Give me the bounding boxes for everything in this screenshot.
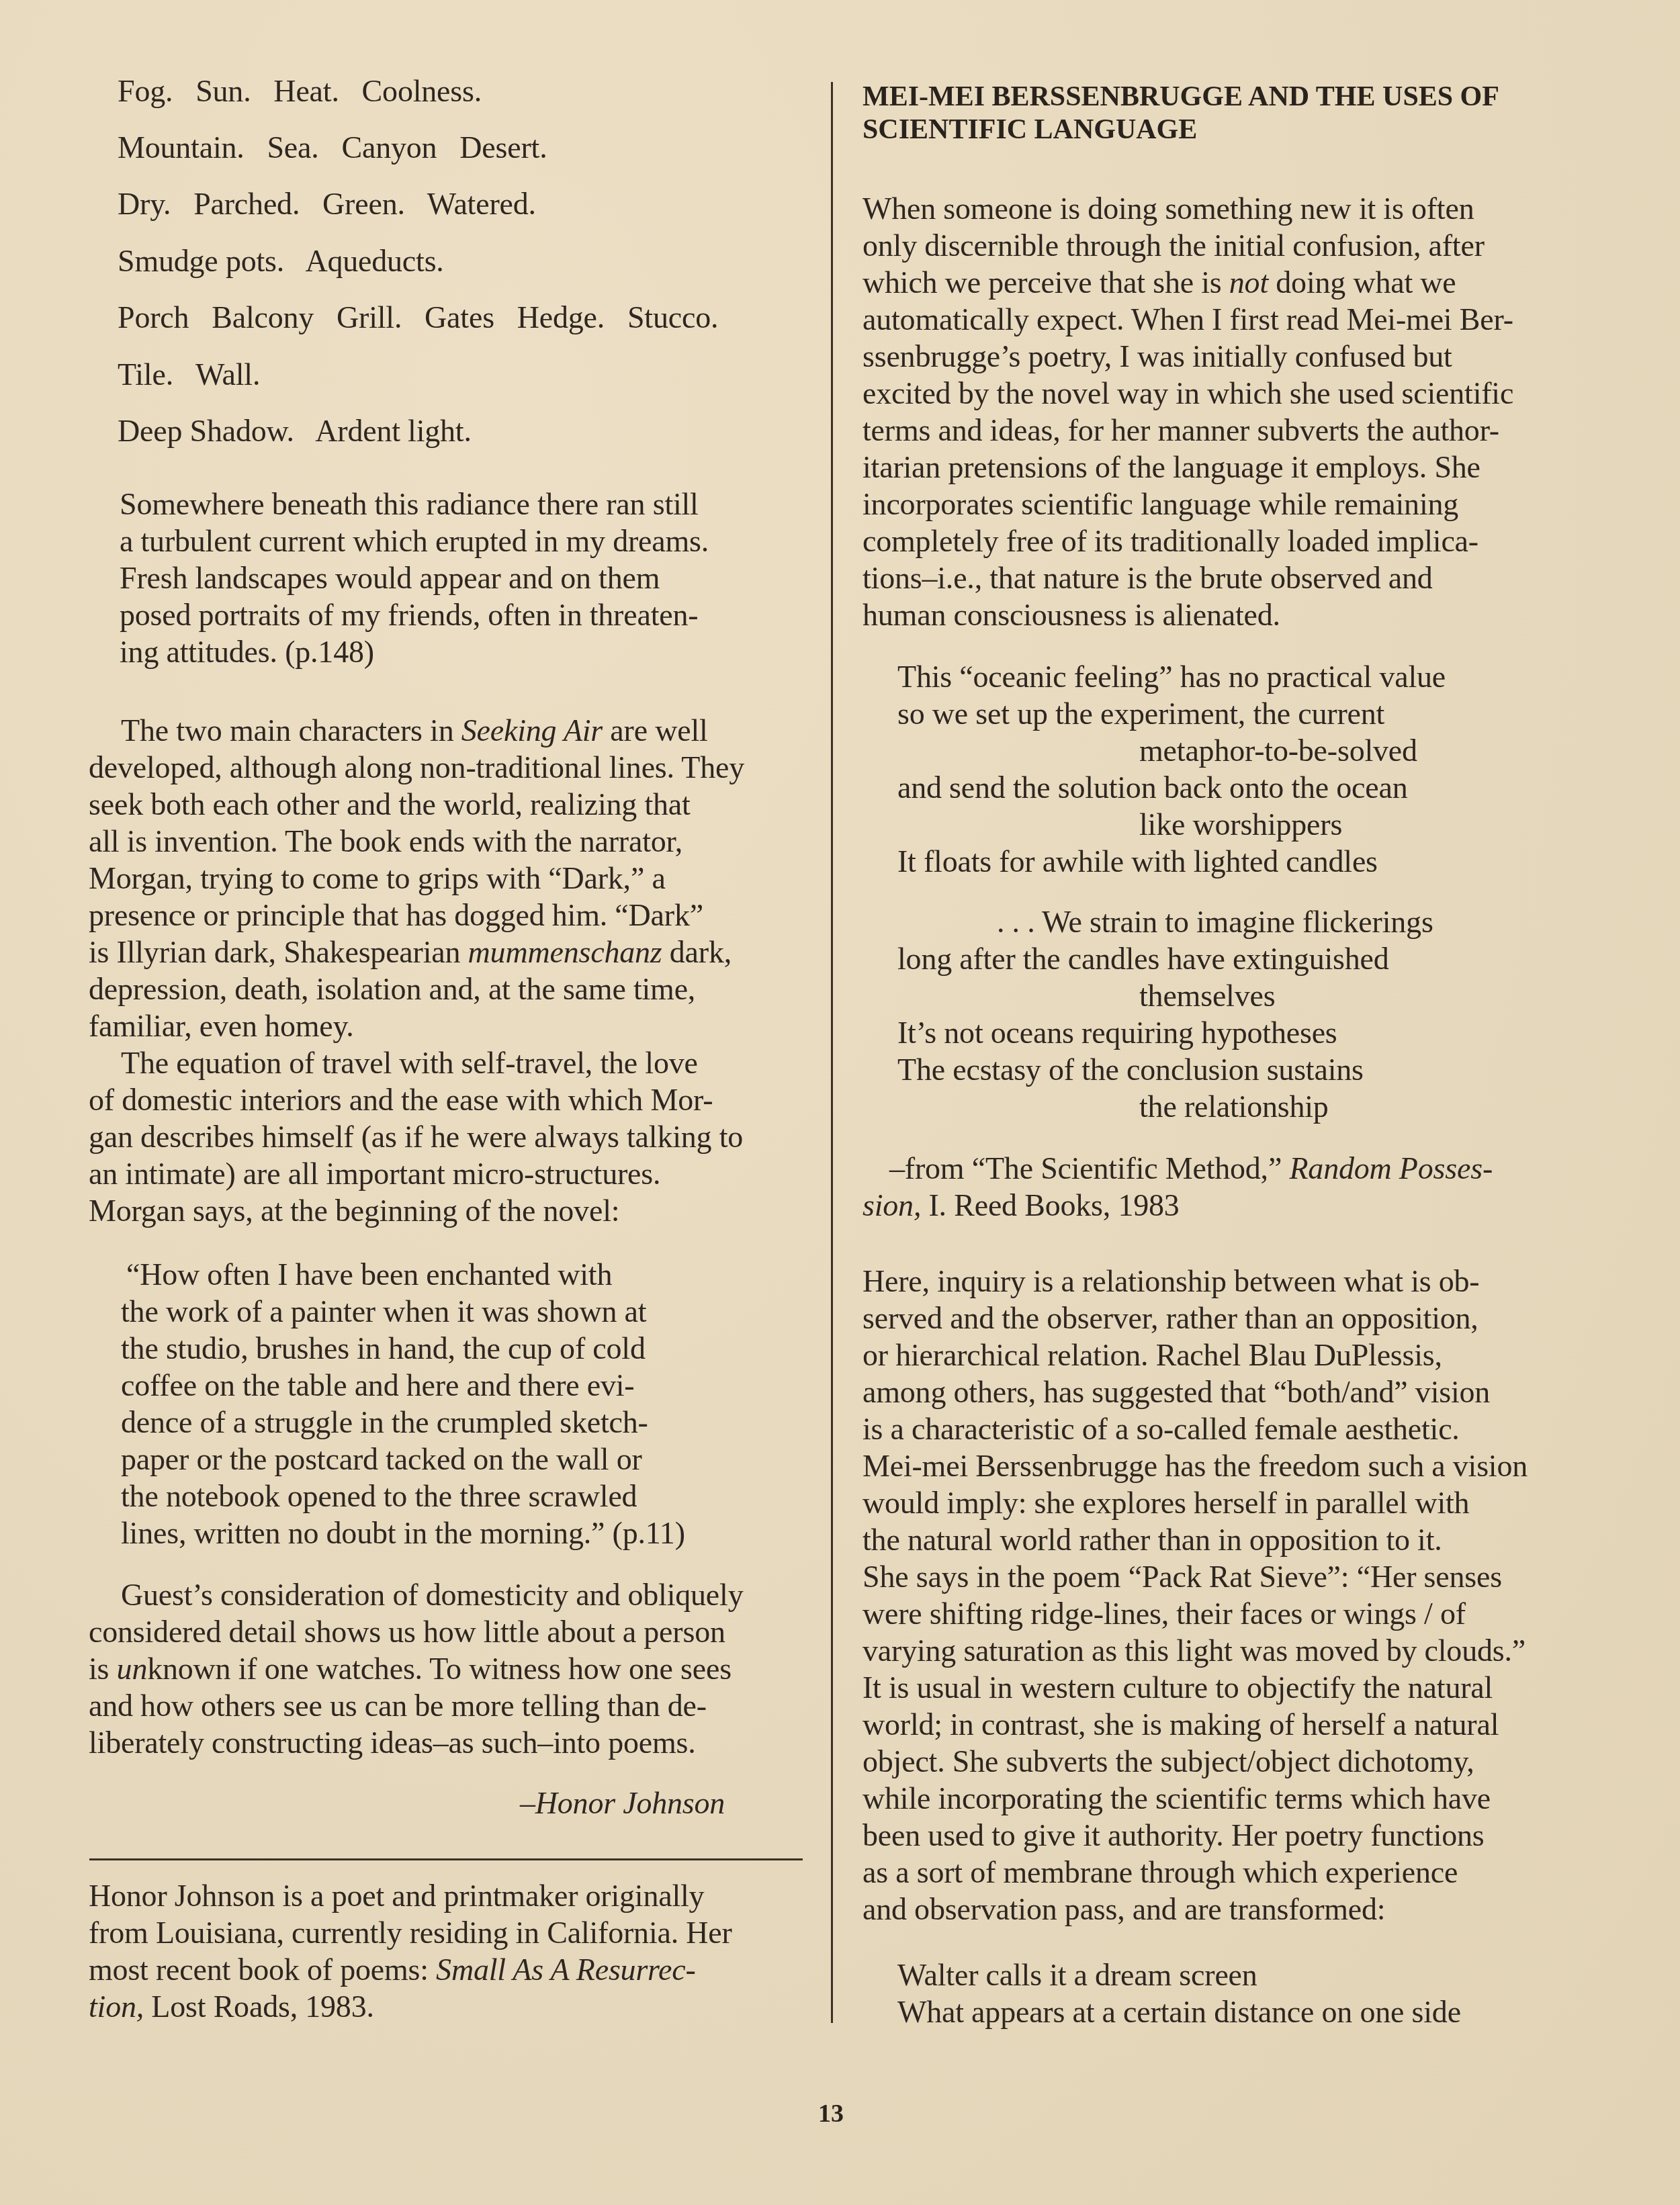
quote-line: the notebook opened to the three scrawle… [121,1478,637,1515]
citation-line: –from “The Scientific Method,” Random Po… [889,1150,1493,1187]
list-line: Dry. Parched. Green. Watered. [118,185,536,222]
paragraph-line: When someone is doing something new it i… [863,190,1474,227]
list-line: Deep Shadow. Ardent light. [118,412,472,449]
paragraph-line: terms and ideas, for her manner subverts… [863,412,1499,449]
paragraph-line: would imply: she explores herself in par… [863,1484,1469,1521]
quote-line: the work of a painter when it was shown … [121,1293,646,1330]
paragraph-line: Mei-mei Berssenbrugge has the freedom su… [863,1447,1528,1484]
paragraph-line: is a characteristic of a so-called femal… [863,1410,1460,1447]
paragraph-line: She says in the poem “Pack Rat Sieve”: “… [863,1558,1502,1595]
paragraph-line: Here, inquiry is a relationship between … [863,1263,1480,1300]
column-divider [831,82,833,2023]
quote-line: ing attitudes. (p.148) [120,633,374,670]
quote-line: coffee on the table and here and there e… [121,1367,634,1404]
paragraph-line: and how others see us can be more tellin… [89,1687,707,1724]
poem-line: This “oceanic feeling” has no practical … [897,658,1446,695]
paragraph-line: Morgan, trying to come to grips with “Da… [89,860,666,897]
paragraph-line: were shifting ridge-lines, their faces o… [863,1595,1466,1632]
poem-line: It floats for awhile with lighted candle… [897,843,1378,880]
paragraph-line: completely free of its traditionally loa… [863,523,1478,559]
paragraph-line: an intimate) are all important micro-str… [89,1155,660,1192]
paragraph-line: excited by the novel way in which she us… [863,375,1513,412]
paragraph-line: tions–i.e., that nature is the brute obs… [863,559,1433,596]
poem-line: It’s not oceans requiring hypotheses [897,1014,1337,1051]
quote-line: paper or the postcard tacked on the wall… [121,1441,642,1478]
paragraph-line: among others, has suggested that “both/a… [863,1374,1490,1410]
bio-line: tion, Lost Roads, 1983. [89,1988,374,2025]
page-number: 13 [818,2099,844,2128]
paragraph-line: served and the observer, rather than an … [863,1300,1478,1337]
paragraph-line: is unknown if one watches. To witness ho… [89,1650,732,1687]
poem-line: like worshippers [1139,806,1342,843]
paragraph-line: and observation pass, and are transforme… [863,1891,1385,1928]
paragraph-line: is Illyrian dark, Shakespearian mummensc… [89,934,732,971]
paragraph-line: incorporates scientific language while r… [863,486,1458,523]
paragraph-line: considered detail shows us how little ab… [89,1613,725,1650]
paragraph-line: while incorporating the scientific terms… [863,1780,1491,1817]
paragraph-line: automatically expect. When I first read … [863,301,1513,338]
paragraph-line: seek both each other and the world, real… [89,786,691,823]
paragraph-line: varying saturation as this light was mov… [863,1632,1526,1669]
bio-separator-rule [89,1858,803,1860]
poem-line: The ecstasy of the conclusion sustains [897,1051,1364,1088]
poem-line: What appears at a certain distance on on… [897,1993,1461,2030]
list-line: Tile. Wall. [118,356,260,393]
paragraph-line: Guest’s consideration of domesticity and… [121,1576,743,1613]
citation-line: sion, I. Reed Books, 1983 [863,1187,1180,1224]
paragraph-line: of domestic interiors and the ease with … [89,1081,713,1118]
quote-line: Somewhere beneath this radiance there ra… [120,486,699,523]
book-title: Seeking Air [461,713,603,748]
poem-line: long after the candles have extinguished [897,940,1389,977]
paragraph-line: presence or principle that has dogged hi… [89,897,703,934]
quote-line: dence of a struggle in the crumpled sket… [121,1404,648,1441]
paragraph-line: human consciousness is alienated. [863,596,1280,633]
quote-line: the studio, brushes in hand, the cup of … [121,1330,646,1367]
bio-line: most recent book of poems: Small As A Re… [89,1951,696,1988]
list-line: Porch Balcony Grill. Gates Hedge. Stucco… [118,299,718,336]
list-line: Mountain. Sea. Canyon Desert. [118,129,547,166]
paragraph-line: liberately constructing ideas–as such–in… [89,1724,696,1761]
paragraph-line: gan describes himself (as if he were alw… [89,1118,743,1155]
poem-line: so we set up the experiment, the current [897,695,1384,732]
quote-line: Fresh landscapes would appear and on the… [120,559,660,596]
paragraph-line: which we perceive that she is not doing … [863,264,1456,301]
paragraph-line: only discernible through the initial con… [863,227,1485,264]
poem-line: the relationship [1139,1088,1329,1125]
list-line: Smudge pots. Aqueducts. [118,242,444,279]
paragraph-line: world; in contrast, she is making of her… [863,1706,1499,1743]
paragraph-line: ssenbrugge’s poetry, I was initially con… [863,338,1452,375]
poem-line: . . . We strain to imagine flickerings [997,903,1433,940]
bio-line: Honor Johnson is a poet and printmaker o… [89,1877,704,1914]
quote-line: posed portraits of my friends, often in … [120,596,698,633]
poem-line: themselves [1139,977,1275,1014]
paragraph-line: itarian pretensions of the language it e… [863,449,1480,486]
paragraph-line: or hierarchical relation. Rachel Blau Du… [863,1337,1442,1374]
poem-line: and send the solution back onto the ocea… [897,769,1408,806]
list-line: Fog. Sun. Heat. Coolness. [118,73,482,109]
poem-line: metaphor-to-be-solved [1139,732,1417,769]
bio-line: from Louisiana, currently residing in Ca… [89,1914,732,1951]
paragraph-line: The equation of travel with self-travel,… [121,1044,698,1081]
paragraph-line: all is invention. The book ends with the… [89,823,682,860]
paragraph-line: developed, although along non-traditiona… [89,749,744,786]
heading-line: MEI-MEI BERSSENBRUGGE AND THE USES OF [863,79,1499,116]
heading-line: SCIENTIFIC LANGUAGE [863,111,1197,148]
quote-line: “How often I have been enchanted with [126,1256,612,1293]
paragraph-line: object. She subverts the subject/object … [863,1743,1474,1780]
poem-line: Walter calls it a dream screen [897,1956,1257,1993]
author-signature: –Honor Johnson [520,1785,725,1821]
paragraph-line: The two main characters in Seeking Air a… [121,712,708,749]
paragraph-line: depression, death, isolation and, at the… [89,971,695,1007]
paragraph-line: familiar, even homey. [89,1007,354,1044]
paragraph-line: been used to give it authority. Her poet… [863,1817,1485,1854]
quote-line: lines, written no doubt in the morning.”… [121,1515,685,1551]
paragraph-line: as a sort of membrane through which expe… [863,1854,1458,1891]
paragraph-line: Morgan says, at the beginning of the nov… [89,1192,619,1229]
quote-line: a turbulent current which erupted in my … [120,523,709,559]
paragraph-line: It is usual in western culture to object… [863,1669,1493,1706]
paragraph-line: the natural world rather than in opposit… [863,1521,1442,1558]
